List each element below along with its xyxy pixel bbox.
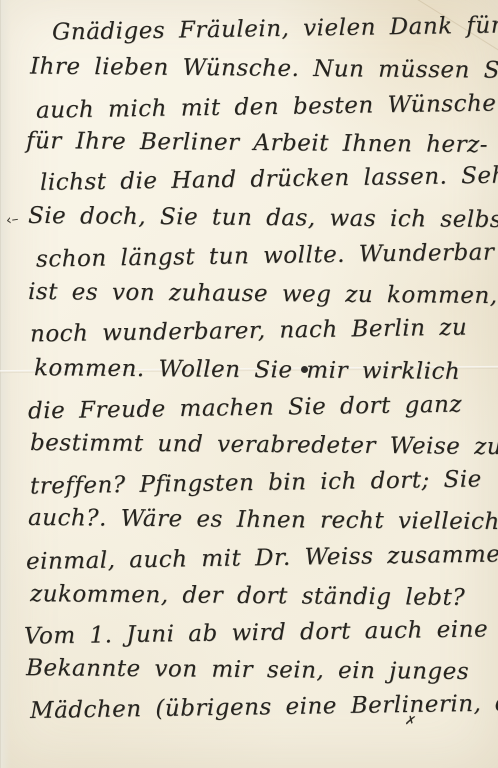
letter-line: schon längst tun wollte. Wunderbar	[36, 239, 495, 272]
letter-line: Ihre lieben Wünsche. Nun müssen Sie aber	[30, 54, 498, 85]
letter-line: Bekannte von mir sein, ein junges	[26, 655, 469, 685]
letter-line: auch?. Wäre es Ihnen recht vielleicht	[28, 505, 498, 535]
letter-line: noch wunderbarer, nach Berlin zu	[30, 315, 468, 348]
letter-line: kommen. Wollen Sie mir wirklich	[34, 355, 460, 385]
letter-line: Mädchen (übrigens eine Berlinerin, die	[30, 690, 498, 724]
letter-line: für Ihre Berliner Arbeit Ihnen herz-	[26, 128, 488, 158]
letter-line: bestimmt und verabredeter Weise zu	[30, 430, 498, 460]
letter-line: einmal, auch mit Dr. Weiss zusammen-	[26, 541, 498, 575]
letter-line: zukommen, der dort ständig lebt?	[30, 581, 465, 611]
letter-line: auch mich mit den besten Wünschen	[36, 90, 498, 123]
ink-blot	[301, 366, 308, 373]
letter-line: treffen? Pfingsten bin ich dort; Sie	[30, 466, 482, 499]
letter-line: ist es von zuhause weg zu kommen,	[28, 279, 498, 309]
letter-line: Gnädiges Fräulein, vielen Dank für	[52, 12, 498, 45]
letter-line: Sie doch, Sie tun das, was ich selbst	[28, 203, 498, 233]
letter-line: Vom 1. Juni ab wird dort auch eine	[24, 616, 488, 649]
letter-line: die Freude machen Sie dort ganz	[28, 392, 462, 425]
letter-line: lichst die Hand drücken lassen. Sehen	[40, 162, 498, 196]
letter-body: Gnädiges Fräulein, vielen Dank für Ihre …	[0, 0, 498, 768]
margin-pen-mark: ‹–	[5, 211, 20, 229]
